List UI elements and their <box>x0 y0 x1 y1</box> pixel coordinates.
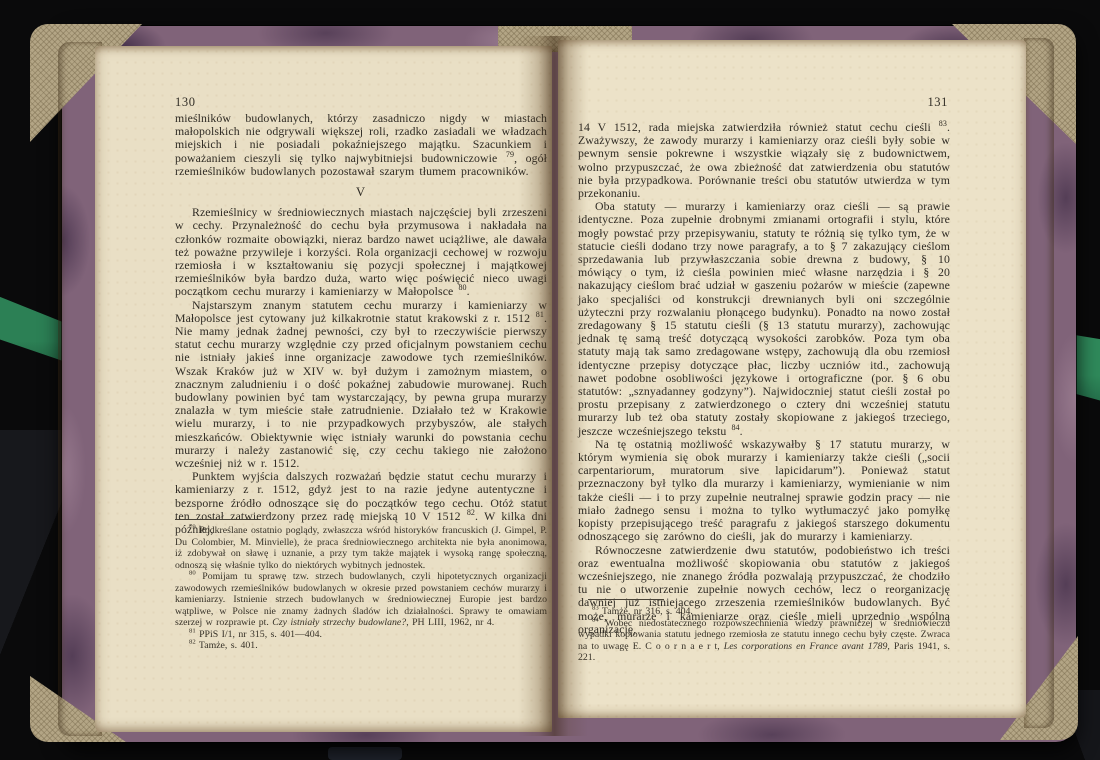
page-left-body: mieślników budowlanych, którzy zasadnicz… <box>175 112 547 536</box>
paragraph: 14 V 1512, rada miejska zatwierdziła rów… <box>578 121 950 200</box>
page-number-right: 131 <box>578 95 948 110</box>
page-edges-right <box>1024 38 1054 728</box>
paragraph: Najstarszym znanym statutem cechu murarz… <box>175 299 547 471</box>
paragraph: Oba statuty — murarzy i kamieniarzy oraz… <box>578 200 950 438</box>
paragraph: Rzemieślnicy w średniowiecznych miastach… <box>175 206 547 298</box>
footnote: 84 Wobec niedostatecznego rozpowszechnie… <box>578 618 950 664</box>
scanner-cradle-detail <box>328 747 402 760</box>
page-left: 130 mieślników budowlanych, którzy zasad… <box>95 46 552 732</box>
footnote: 79 Podkreślane ostatnio poglądy, zwłaszc… <box>175 525 547 571</box>
footnotes-left: 79 Podkreślane ostatnio poglądy, zwłaszc… <box>175 525 547 652</box>
footnote: 81 PPiS I/1, nr 315, s. 401—404. <box>175 629 547 641</box>
footnote: 80 Pomijam tu sprawę tzw. strzech budowl… <box>175 571 547 629</box>
page-right: 131 14 V 1512, rada miejska zatwierdziła… <box>558 40 1026 718</box>
book-scan: 130 mieślników budowlanych, którzy zasad… <box>0 0 1100 760</box>
page-number-left: 130 <box>175 95 196 110</box>
paragraph: Na tę ostatnią możliwość wskazywałby § 1… <box>578 438 950 544</box>
page-right-body: 14 V 1512, rada miejska zatwierdziła rów… <box>578 121 950 636</box>
footnote-rule <box>175 519 261 520</box>
footnotes-right: 83 Tamże, nr 316, s. 404. 84 Wobec niedo… <box>578 606 950 664</box>
footnote: 82 Tamże, s. 401. <box>175 640 547 652</box>
section-heading: V <box>175 186 547 199</box>
footnote: 83 Tamże, nr 316, s. 404. <box>578 606 950 618</box>
footnote-rule <box>588 599 664 600</box>
paragraph: mieślników budowlanych, którzy zasadnicz… <box>175 112 547 178</box>
